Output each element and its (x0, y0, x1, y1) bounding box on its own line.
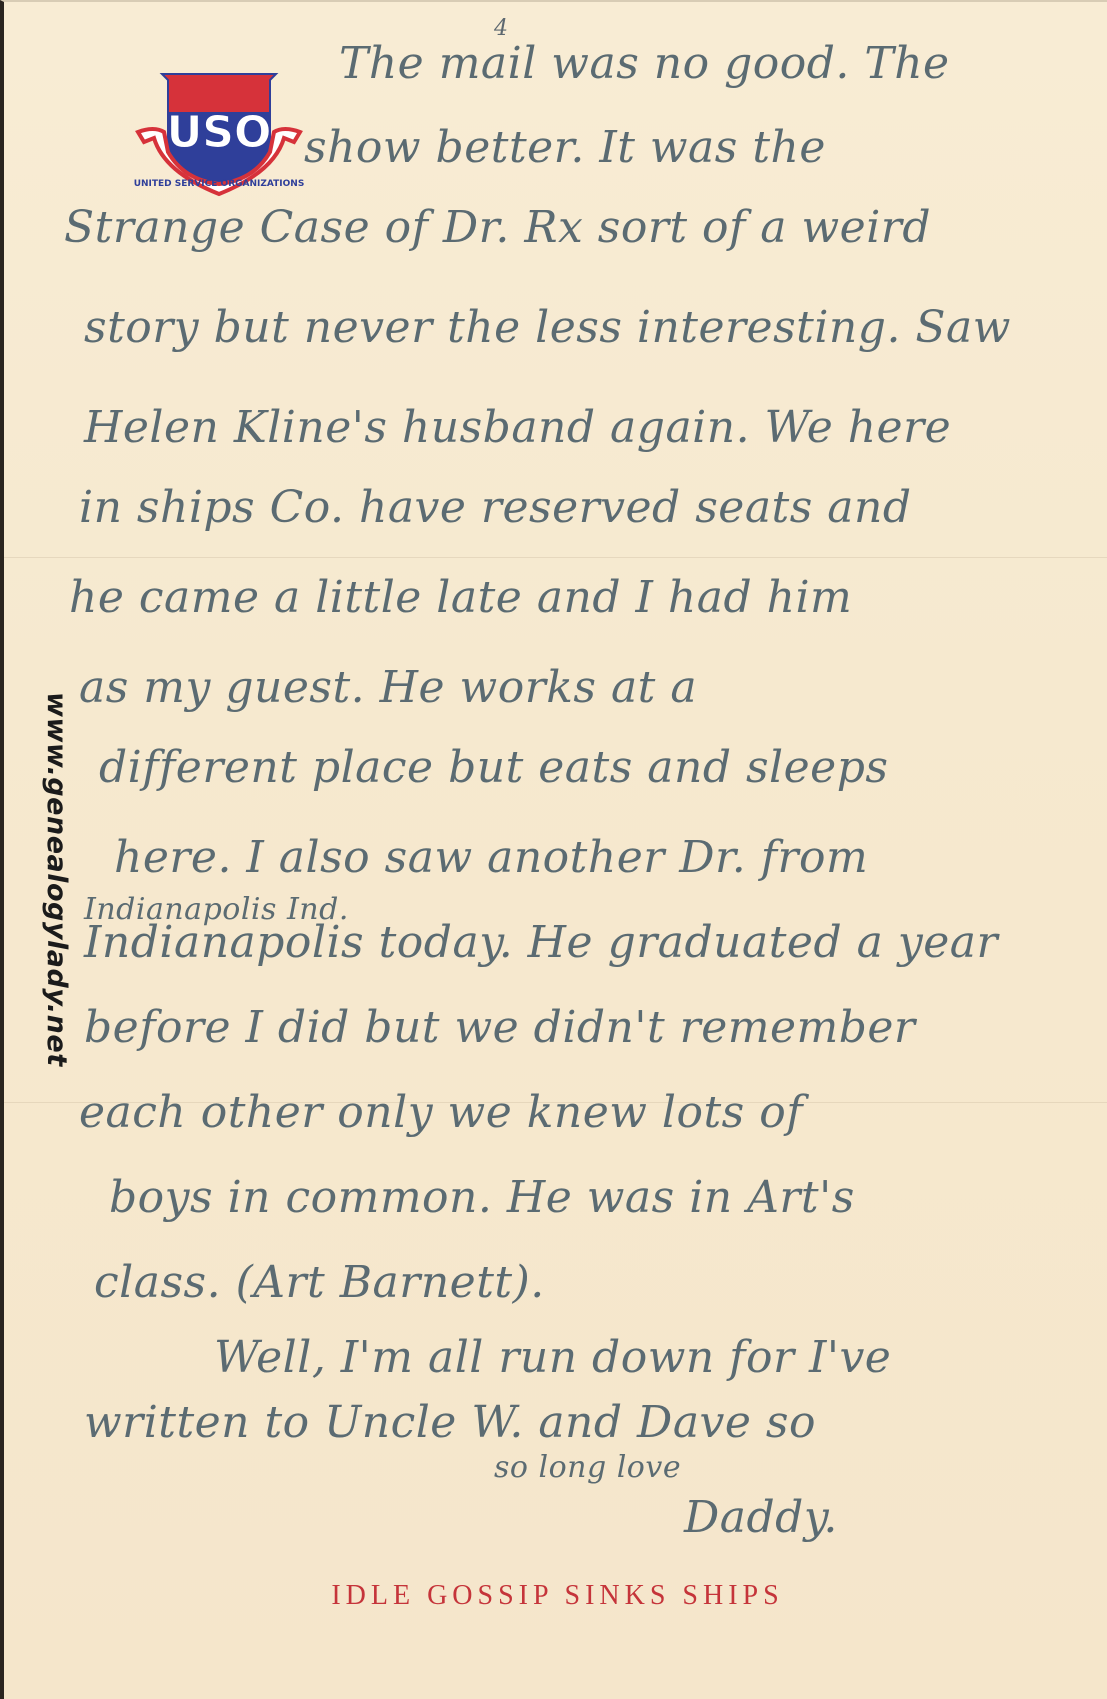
letter-line: Indianapolis today. He graduated a year (84, 917, 998, 968)
letter-line: Helen Kline's husband again. We here (84, 402, 951, 453)
letter-line: class. (Art Barnett). (94, 1257, 545, 1308)
letter-line: as my guest. He works at a (79, 662, 697, 713)
letter-line: Well, I'm all run down for I've (214, 1332, 891, 1383)
footer-motto: IDLE GOSSIP SINKS SHIPS (4, 1580, 1107, 1612)
letter-page: 4 USO UNITED SERVICE ORGANIZATIONS The m… (0, 0, 1107, 1699)
letter-line: before I did but we didn't remember (84, 1002, 915, 1053)
letter-line: boys in common. He was in Art's (109, 1172, 855, 1223)
fold-line (4, 557, 1107, 558)
letter-line: The mail was no good. The (339, 38, 950, 89)
letter-line-text: Indianapolis today. He graduated a year (84, 917, 998, 968)
uso-logo-icon: USO UNITED SERVICE ORGANIZATIONS (134, 72, 304, 197)
letter-line: each other only we knew lots of (79, 1087, 803, 1138)
letter-line: story but never the less interesting. Sa… (84, 302, 1011, 353)
svg-text:USO: USO (167, 107, 272, 158)
letter-line: Strange Case of Dr. Rx sort of a weird (64, 202, 931, 253)
letter-line: show better. It was the (304, 122, 826, 173)
letter-line: written to Uncle W. and Dave so (84, 1397, 816, 1448)
letter-line: he came a little late and I had him (69, 572, 852, 623)
watermark-text: www.genealogylady.net (12, 692, 72, 1042)
letter-line: in ships Co. have reserved seats and (79, 482, 912, 533)
letter-line: here. I also saw another Dr. from (114, 832, 868, 883)
letter-line: different place but eats and sleeps (99, 742, 888, 793)
svg-text:UNITED SERVICE ORGANIZATIONS: UNITED SERVICE ORGANIZATIONS (134, 179, 304, 189)
letter-closing: so long love (494, 1450, 681, 1485)
letter-signature: Daddy. (684, 1492, 838, 1543)
